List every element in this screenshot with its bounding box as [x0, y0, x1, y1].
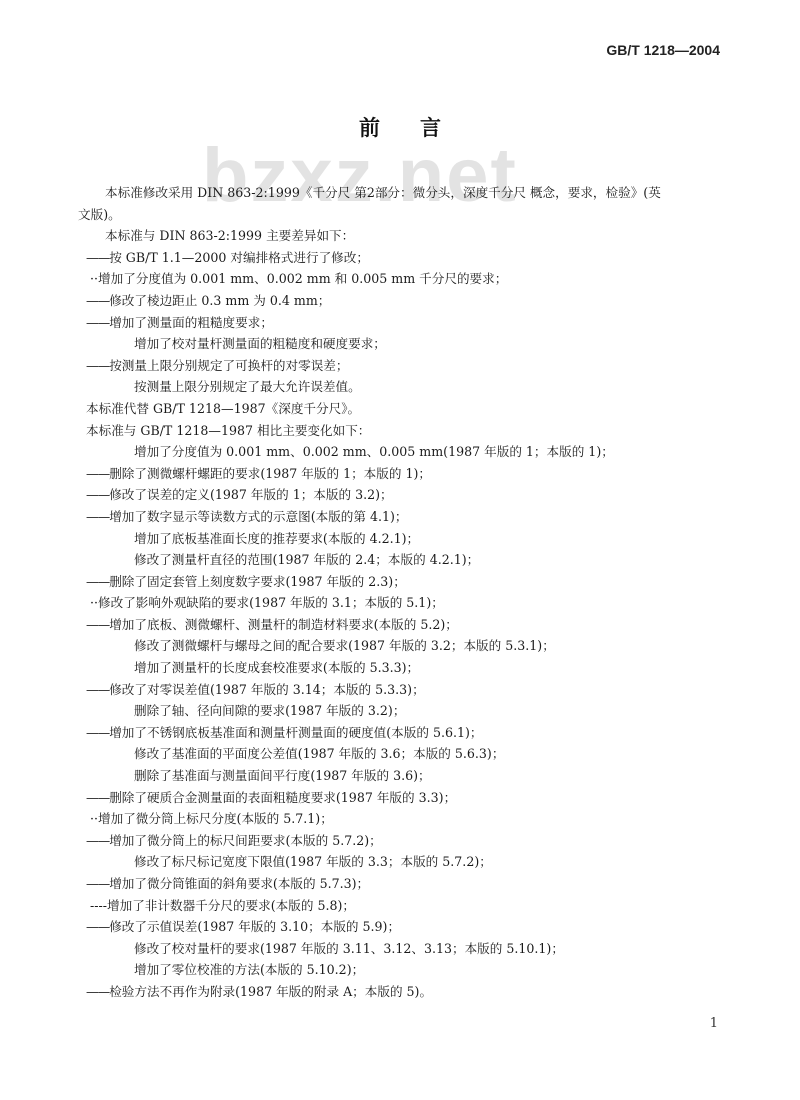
standard-code-header: GB/T 1218—2004 [606, 42, 720, 58]
list-item: 删除了固定套管上刻度数字要求(1987 年版的 2.3)； [68, 571, 728, 593]
list-item: 修改了棱边距止 0.3 mm 为 0.4 mm； [68, 290, 728, 312]
list-item: 按 GB/T 1.1—2000 对编排格式进行了修改； [68, 247, 728, 269]
list-item: 修改了对零误差值(1987 年版的 3.14；本版的 5.3.3)； [68, 679, 728, 701]
paragraph-line: 本标准代替 GB/T 1218—1987《深度千分尺》。 [68, 398, 728, 420]
paragraph-line: 本标准与 GB/T 1218—1987 相比主要变化如下： [68, 420, 728, 442]
paragraph-line: ··增加了微分筒上标尺分度(本版的 5.7.1)； [68, 808, 728, 830]
page-title: 前言 [0, 112, 800, 142]
paragraph-line: ··修改了影响外观缺陷的要求(1987 年版的 3.1；本版的 5.1)； [68, 592, 728, 614]
list-item: 按测量上限分别规定了可换杆的对零误差； [68, 355, 728, 377]
paragraph-line: 增加了底板基准面长度的推荐要求(本版的 4.2.1)； [68, 528, 728, 550]
list-item: 增加了不锈钢底板基准面和测量杆测量面的硬度值(本版的 5.6.1)； [68, 722, 728, 744]
paragraph-line: 删除了轴、径向间隙的要求(1987 年版的 3.2)； [68, 700, 728, 722]
list-item: 增加了数字显示等读数方式的示意图(本版的第 4.1)； [68, 506, 728, 528]
list-item: 删除了硬质合金测量面的表面粗糙度要求(1987 年版的 3.3)； [68, 787, 728, 809]
paragraph-line: 修改了测量杆直径的范围(1987 年版的 2.4；本版的 4.2.1)； [68, 549, 728, 571]
paragraph-line: 本标准与 DIN 863-2:1999 主要差异如下： [68, 225, 728, 247]
paragraph-line: 增加了零位校准的方法(本版的 5.10.2)； [68, 959, 728, 981]
list-item: 检验方法不再作为附录(1987 年版的附录 A；本版的 5)。 [68, 981, 728, 1003]
paragraph-line: 修改了标尺标记宽度下限值(1987 年版的 3.3；本版的 5.7.2)； [68, 851, 728, 873]
paragraph-line: 修改了校对量杆的要求(1987 年版的 3.11、3.12、3.13；本版的 5… [68, 938, 728, 960]
list-item: 修改了示值误差(1987 年版的 3.10；本版的 5.9)； [68, 916, 728, 938]
paragraph-line: 文版)。 [68, 204, 728, 226]
list-item: 增加了底板、测微螺杆、测量杆的制造材料要求(本版的 5.2)； [68, 614, 728, 636]
paragraph-line: 按测量上限分别规定了最大允许误差值。 [68, 376, 728, 398]
list-item: 删除了测微螺杆螺距的要求(1987 年版的 1；本版的 1)； [68, 463, 728, 485]
list-item: 增加了微分筒锥面的斜角要求(本版的 5.7.3)； [68, 873, 728, 895]
paragraph-line: 增加了校对量杆测量面的粗糙度和硬度要求； [68, 333, 728, 355]
paragraph-line: 增加了分度值为 0.001 mm、0.002 mm、0.005 mm(1987 … [68, 441, 728, 463]
paragraph-line: ··增加了分度值为 0.001 mm、0.002 mm 和 0.005 mm 千… [68, 268, 728, 290]
list-item: 修改了误差的定义(1987 年版的 1；本版的 3.2)； [68, 484, 728, 506]
paragraph-line: 本标准修改采用 DIN 863-2:1999《千分尺 第2部分：微分头，深度千分… [68, 182, 728, 204]
list-item: 增加了测量面的粗糙度要求； [68, 312, 728, 334]
paragraph-line: 增加了测量杆的长度成套校准要求(本版的 5.3.3)； [68, 657, 728, 679]
paragraph-line: 修改了测微螺杆与螺母之间的配合要求(1987 年版的 3.2；本版的 5.3.1… [68, 635, 728, 657]
paragraph-line: 删除了基准面与测量面间平行度(1987 年版的 3.6)； [68, 765, 728, 787]
paragraph-line: 修改了基准面的平面度公差值(1987 年版的 3.6；本版的 5.6.3)； [68, 743, 728, 765]
paragraph-line: ----增加了非计数器千分尺的要求(本版的 5.8)； [68, 895, 728, 917]
foreword-body: 本标准修改采用 DIN 863-2:1999《千分尺 第2部分：微分头，深度千分… [68, 182, 728, 1003]
page-number: 1 [710, 1016, 718, 1031]
list-item: 增加了微分筒上的标尺间距要求(本版的 5.7.2)； [68, 830, 728, 852]
